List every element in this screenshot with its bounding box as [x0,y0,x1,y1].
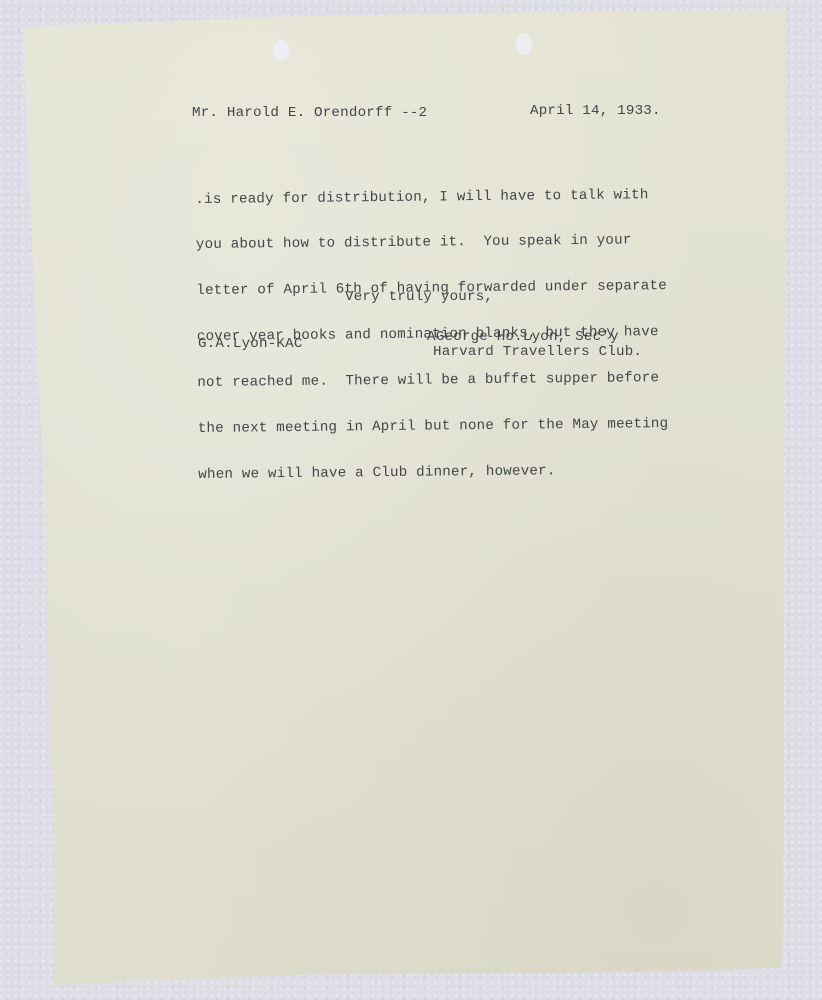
letter-date: April 14, 1933. [530,103,661,119]
signature-organization: Harvard Travellers Club. [433,344,642,360]
body-line: .is ready for distribution, I will have … [195,188,666,208]
body-line: not reached me. There will be a buffet s… [197,371,668,391]
punch-hole-right [516,33,532,55]
body-line: when we will have a Club dinner, however… [198,463,669,483]
body-line: you about how to distribute it. You spea… [196,234,667,254]
signature-name: AGeorge Ho.Lyon, Sec'y [427,329,619,345]
document-photo: Mr. Harold E. Orendorff --2 April 14, 19… [0,0,822,1000]
recipient-page-header: Mr. Harold E. Orendorff --2 [192,105,427,121]
punch-hole-left [273,40,289,62]
body-line: the next meeting in April but none for t… [198,417,669,437]
closing: Very truly yours, [345,289,493,305]
reference-initials: G.A.Lyon-KAC [198,336,303,352]
